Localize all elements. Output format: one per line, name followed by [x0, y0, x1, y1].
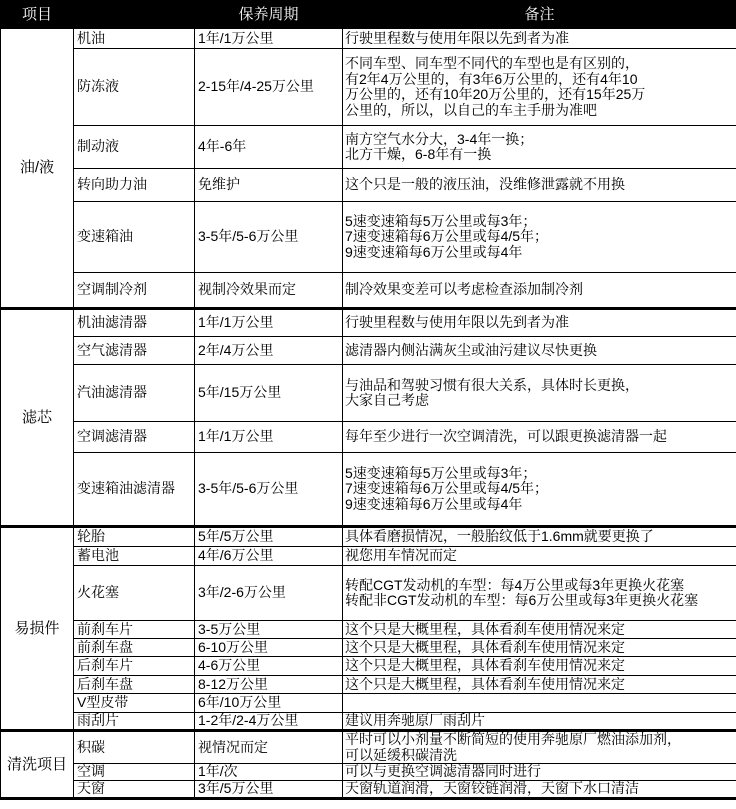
item-cell: 汽油滤清器 — [74, 365, 195, 422]
cycle-cell: 3年/2-6万公里 — [195, 566, 343, 621]
cycle-cell: 2年/4万公里 — [195, 337, 343, 365]
item-cell: 积碳 — [74, 731, 195, 764]
note-cell: 建议用奔驰原厂雨刮片 — [343, 713, 736, 731]
maintenance-table: 项目 保养周期 备注 油/液 机油 1年/1万公里 行驶里程数与使用年限以先到者… — [0, 0, 736, 800]
table-row: 火花塞 3年/2-6万公里 转配CGT发动机的车型：每4万公里或每3年更换火花塞… — [1, 566, 736, 621]
item-cell: 空调制冷剂 — [74, 273, 195, 309]
note-cell: 可以与更换空调滤清器同时进行 — [343, 764, 736, 781]
table-row: 油/液 机油 1年/1万公里 行驶里程数与使用年限以先到者为准 — [1, 29, 736, 49]
item-cell: 轮胎 — [74, 527, 195, 547]
table-row: 易损件 轮胎 5年/5万公里 具体看磨损情况，一般胎纹低于1.6mm就要更换了 — [1, 527, 736, 547]
table-row: 雨刮片 1-2年/2-4万公里 建议用奔驰原厂雨刮片 — [1, 713, 736, 731]
note-cell: 这个只是一般的液压油，没维修泄露就不用换 — [343, 169, 736, 202]
cycle-cell: 1年/1万公里 — [195, 309, 343, 337]
table-row: 变速箱油滤清器 3-5年/5-6万公里 5速变速箱每5万公里或每3年； 7速变速… — [1, 453, 736, 527]
table-row: 前刹车片 3-5万公里 这个只是大概里程，具体看刹车使用情况来定 — [1, 621, 736, 639]
item-cell: 蓄电池 — [74, 547, 195, 566]
item-cell: 雨刮片 — [74, 713, 195, 731]
cycle-cell: 视情况而定 — [195, 731, 343, 764]
table-row: 清洗项目 积碳 视情况而定 平时可以小剂量不断简短的使用奔驰原厂燃油添加剂， 可… — [1, 731, 736, 764]
note-cell: 制冷效果变差可以考虑检查添加制冷剂 — [343, 273, 736, 309]
group-label-wear: 易损件 — [1, 527, 74, 731]
group-label-filter: 滤芯 — [1, 309, 74, 527]
maintenance-sheet: 项目 保养周期 备注 油/液 机油 1年/1万公里 行驶里程数与使用年限以先到者… — [0, 0, 736, 800]
cycle-cell: 6-10万公里 — [195, 639, 343, 657]
note-cell: 这个只是大概里程，具体看刹车使用情况来定 — [343, 657, 736, 676]
item-cell: 后刹车盘 — [74, 676, 195, 694]
table-row: 前刹车盘 6-10万公里 这个只是大概里程，具体看刹车使用情况来定 — [1, 639, 736, 657]
note-cell: 这个只是大概里程，具体看刹车使用情况来定 — [343, 621, 736, 639]
header-row: 项目 保养周期 备注 — [1, 1, 736, 29]
note-cell: 具体看磨损情况，一般胎纹低于1.6mm就要更换了 — [343, 527, 736, 547]
header-cycle: 保养周期 — [195, 1, 343, 29]
note-cell: 5速变速箱每5万公里或每3年； 7速变速箱每6万公里或每4/5年； 9速变速箱每… — [343, 202, 736, 273]
table-row: 空调制冷剂 视制冷效果而定 制冷效果变差可以考虑检查添加制冷剂 — [1, 273, 736, 309]
note-cell: 视您用车情况而定 — [343, 547, 736, 566]
cycle-cell: 1年/1万公里 — [195, 29, 343, 49]
item-cell: 制动液 — [74, 126, 195, 169]
note-cell: 平时可以小剂量不断简短的使用奔驰原厂燃油添加剂， 可以延缓积碳清洗 — [343, 731, 736, 764]
cycle-cell: 8-12万公里 — [195, 676, 343, 694]
item-cell: 火花塞 — [74, 566, 195, 621]
cycle-cell: 5年/5万公里 — [195, 527, 343, 547]
item-cell: 防冻液 — [74, 49, 195, 126]
table-row: 汽油滤清器 5年/15万公里 与油品和驾驶习惯有很大关系，具体时长更换， 大家自… — [1, 365, 736, 422]
group-label-oil: 油/液 — [1, 29, 74, 309]
item-cell: V型皮带 — [74, 694, 195, 713]
item-cell: 转向助力油 — [74, 169, 195, 202]
table-row: 蓄电池 4年/6万公里 视您用车情况而定 — [1, 547, 736, 566]
table-row: 制动液 4年-6年 南方空气水分大，3-4年一换； 北方干燥，6-8年有一换 — [1, 126, 736, 169]
note-cell: 南方空气水分大，3-4年一换； 北方干燥，6-8年有一换 — [343, 126, 736, 169]
table-row: 天窗 3年/5万公里 天窗轨道润滑，天窗铰链润滑，天窗下水口清洁 — [1, 781, 736, 799]
table-row: 空调滤清器 1年/1万公里 每年至少进行一次空调清洗，可以跟更换滤清器一起 — [1, 422, 736, 453]
note-cell: 滤清器内侧沾满灰尘或油污建议尽快更换 — [343, 337, 736, 365]
note-cell — [343, 694, 736, 713]
item-cell: 空调 — [74, 764, 195, 781]
cycle-cell: 6年/10万公里 — [195, 694, 343, 713]
note-cell: 每年至少进行一次空调清洗，可以跟更换滤清器一起 — [343, 422, 736, 453]
table-row: 转向助力油 免维护 这个只是一般的液压油，没维修泄露就不用换 — [1, 169, 736, 202]
cycle-cell: 免维护 — [195, 169, 343, 202]
cycle-cell: 4年-6年 — [195, 126, 343, 169]
note-cell: 天窗轨道润滑，天窗铰链润滑，天窗下水口清洁 — [343, 781, 736, 799]
cycle-cell: 5年/15万公里 — [195, 365, 343, 422]
cycle-cell: 1年/次 — [195, 764, 343, 781]
table-row: 空气滤清器 2年/4万公里 滤清器内侧沾满灰尘或油污建议尽快更换 — [1, 337, 736, 365]
cycle-cell: 4-6万公里 — [195, 657, 343, 676]
item-cell: 机油滤清器 — [74, 309, 195, 337]
item-cell: 前刹车盘 — [74, 639, 195, 657]
cycle-cell: 1年/1万公里 — [195, 422, 343, 453]
table-row: V型皮带 6年/10万公里 — [1, 694, 736, 713]
note-cell: 与油品和驾驶习惯有很大关系，具体时长更换， 大家自己考虑 — [343, 365, 736, 422]
note-cell: 行驶里程数与使用年限以先到者为准 — [343, 309, 736, 337]
table-row: 后刹车片 4-6万公里 这个只是大概里程，具体看刹车使用情况来定 — [1, 657, 736, 676]
group-label-clean: 清洗项目 — [1, 731, 74, 799]
item-cell: 变速箱油 — [74, 202, 195, 273]
item-cell: 后刹车片 — [74, 657, 195, 676]
cycle-cell: 4年/6万公里 — [195, 547, 343, 566]
item-cell: 天窗 — [74, 781, 195, 799]
note-cell: 这个只是大概里程，具体看刹车使用情况来定 — [343, 676, 736, 694]
table-row: 防冻液 2-15年/4-25万公里 不同车型、同车型不同代的车型也是有区别的， … — [1, 49, 736, 126]
item-cell: 前刹车片 — [74, 621, 195, 639]
cycle-cell: 视制冷效果而定 — [195, 273, 343, 309]
cycle-cell: 3年/5万公里 — [195, 781, 343, 799]
cycle-cell: 1-2年/2-4万公里 — [195, 713, 343, 731]
cycle-cell: 2-15年/4-25万公里 — [195, 49, 343, 126]
item-cell: 空气滤清器 — [74, 337, 195, 365]
note-cell: 5速变速箱每5万公里或每3年； 7速变速箱每6万公里或每4/5年； 9速变速箱每… — [343, 453, 736, 527]
item-cell: 空调滤清器 — [74, 422, 195, 453]
note-cell: 转配CGT发动机的车型：每4万公里或每3年更换火花塞 转配非CGT发动机的车型：… — [343, 566, 736, 621]
note-cell: 不同车型、同车型不同代的车型也是有区别的， 有2年4万公里的，有3年6万公里的，… — [343, 49, 736, 126]
note-cell: 行驶里程数与使用年限以先到者为准 — [343, 29, 736, 49]
header-item: 项目 — [1, 1, 74, 29]
table-row: 变速箱油 3-5年/5-6万公里 5速变速箱每5万公里或每3年； 7速变速箱每6… — [1, 202, 736, 273]
item-cell: 变速箱油滤清器 — [74, 453, 195, 527]
header-note: 备注 — [343, 1, 736, 29]
header-spacer — [74, 1, 195, 29]
table-row: 空调 1年/次 可以与更换空调滤清器同时进行 — [1, 764, 736, 781]
table-row: 后刹车盘 8-12万公里 这个只是大概里程，具体看刹车使用情况来定 — [1, 676, 736, 694]
cycle-cell: 3-5年/5-6万公里 — [195, 202, 343, 273]
item-cell: 机油 — [74, 29, 195, 49]
note-cell: 这个只是大概里程，具体看刹车使用情况来定 — [343, 639, 736, 657]
cycle-cell: 3-5年/5-6万公里 — [195, 453, 343, 527]
cycle-cell: 3-5万公里 — [195, 621, 343, 639]
table-row: 滤芯 机油滤清器 1年/1万公里 行驶里程数与使用年限以先到者为准 — [1, 309, 736, 337]
